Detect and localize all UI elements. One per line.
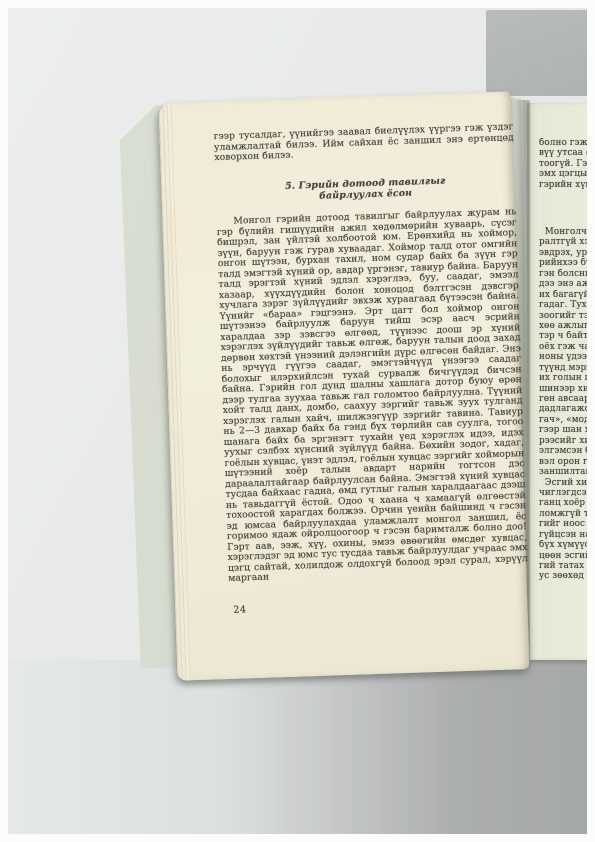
text-line-fragment: их багагүй xyxy=(539,290,587,300)
text-line-fragment: дээ энэ ажл xyxy=(539,279,587,289)
text-line-fragment: Эсгий хий xyxy=(539,478,587,488)
text-line-fragment: ралтгүй хэр xyxy=(539,237,587,247)
text-line-fragment: тоогүй. Гэр xyxy=(539,159,587,169)
text-line-fragment: гач», «модоч xyxy=(539,415,587,425)
text-line-fragment: ноны үдээр xyxy=(539,352,587,362)
text-line-fragment: болно гэж о xyxy=(539,138,587,148)
right-page-text-fragments-top: болно гэж овүү утсаа отоогүй. Гэрэмх цэг… xyxy=(539,138,587,190)
text-line-fragment: гүйцсэн на xyxy=(539,530,587,540)
text-line-fragment: гадаг. Тухай xyxy=(539,300,587,310)
text-line-fragment: гэрийн хүмү xyxy=(539,180,587,190)
text-line-fragment: эвдрэх, ура xyxy=(539,248,587,258)
text-line-fragment: рийнхээ бүх xyxy=(539,258,587,268)
text-line-fragment: гэн болсныг xyxy=(539,269,587,279)
text-line-fragment: гээр шан ха xyxy=(539,425,587,435)
text-line-fragment: ломжгүй тул xyxy=(539,509,587,519)
text-line-fragment: зоогийг тэр xyxy=(539,311,587,321)
text-line-fragment: гийг ноос ү xyxy=(539,519,587,529)
page-number: 24 xyxy=(233,604,246,615)
text-line-fragment: рээсийг хийл xyxy=(539,436,587,446)
text-line-fragment: элгэмсэн бү xyxy=(539,446,587,456)
right-page-text-fragments-main: Монголчуралтгүй хэрэвдрэх, урарийнхээ бү… xyxy=(539,227,587,582)
text-line-fragment: шинээр хийг xyxy=(539,384,587,394)
text-line-fragment: вэл орон гэр xyxy=(539,457,587,467)
text-line-fragment: эмх цэгцы xyxy=(539,169,587,179)
text-line-fragment: ганц хоёр х xyxy=(539,498,587,508)
paragraph-continuation: гээр тусалдаг, үүнийгээ заавал биелүүлэх… xyxy=(214,122,515,164)
section-heading: 5. Гэрийн дотоод тавилгыг байрлуулах ёсо… xyxy=(215,173,516,205)
text-line-fragment: гий татах в xyxy=(539,561,587,571)
text-line-fragment: Монголчу xyxy=(539,227,587,237)
text-line-fragment: цөөн эсгий xyxy=(539,551,587,561)
book-page-right: болно гэж овүү утсаа отоогүй. Гэрэмх цэг… xyxy=(527,103,587,660)
text-line-fragment: дадлагажсан xyxy=(539,404,587,414)
scan-surface-gradient xyxy=(8,660,587,834)
text-line-fragment: чиглэгдсэн ч xyxy=(539,488,587,498)
text-line-fragment: оёх гэж чар xyxy=(539,342,587,352)
text-line-fragment: вүү утсаа о xyxy=(539,148,587,158)
text-line-fragment: бүх хүмүүс xyxy=(539,540,587,550)
scanned-book-photo: { "colors":{ "frame":"#fcfcfb", "scan_ba… xyxy=(0,0,595,842)
text-line-fragment: гөн авсаарх xyxy=(539,394,587,404)
scanner-gray-block xyxy=(486,10,587,96)
text-line-fragment: түүнд мэргэ xyxy=(539,363,587,373)
book-page-left: гээр тусалдаг, үүнийгээ заавал биелүүлэх… xyxy=(159,91,530,680)
text-line-fragment: ус зөөхөд хү xyxy=(539,571,587,581)
text-line-fragment: их голын ш xyxy=(539,373,587,383)
text-line-fragment: заншилтай. xyxy=(539,467,587,477)
scan-background: болно гэж овүү утсаа отоогүй. Гэрэмх цэг… xyxy=(8,8,587,834)
text-line-fragment: тэр ч байтуг xyxy=(539,331,587,341)
main-paragraph: Монгол гэрийн дотоод тавилгыг байрлуулах… xyxy=(216,207,529,599)
text-line-fragment: хөө ажлыг xyxy=(539,321,587,331)
